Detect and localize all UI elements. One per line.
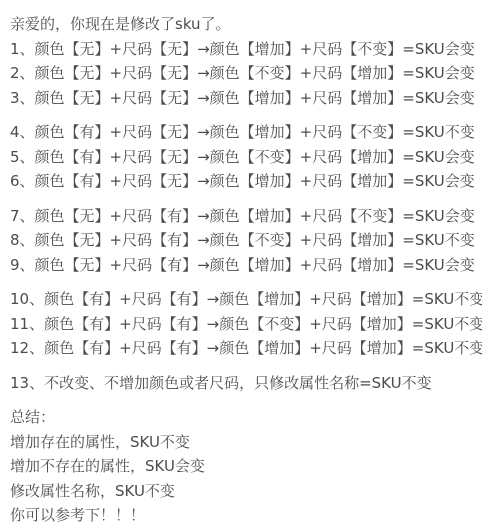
rules-group-5: 13、不改变、不增加颜色或者尺码，只修改属性名称=SKU不变 <box>10 371 476 396</box>
summary-point-2: 增加不存在的属性，SKU会变 <box>10 454 476 479</box>
summary-point-3: 修改属性名称，SKU不变 <box>10 479 476 504</box>
rules-group-2: 4、颜色【有】+尺码【无】→颜色【增加】+尺码【不变】=SKU不变 5、颜色【有… <box>10 120 476 194</box>
intro-title: 亲爱的，你现在是修改了sku了。 <box>10 12 476 37</box>
rule-line-13: 13、不改变、不增加颜色或者尺码，只修改属性名称=SKU不变 <box>10 371 476 396</box>
rule-line-4: 4、颜色【有】+尺码【无】→颜色【增加】+尺码【不变】=SKU不变 <box>10 120 476 145</box>
rule-line-8: 8、颜色【无】+尺码【有】→颜色【不变】+尺码【增加】=SKU不变 <box>10 228 476 253</box>
summary-point-1: 增加存在的属性，SKU不变 <box>10 430 476 455</box>
rule-line-6: 6、颜色【有】+尺码【无】→颜色【增加】+尺码【增加】=SKU会变 <box>10 169 476 194</box>
sku-change-notes: 亲爱的，你现在是修改了sku了。 1、颜色【无】+尺码【无】→颜色【增加】+尺码… <box>0 0 482 528</box>
rule-line-10: 10、颜色【有】+尺码【有】→颜色【增加】+尺码【增加】=SKU不变 <box>10 287 476 312</box>
rule-line-5: 5、颜色【有】+尺码【无】→颜色【不变】+尺码【增加】=SKU会变 <box>10 145 476 170</box>
rules-group-4: 10、颜色【有】+尺码【有】→颜色【增加】+尺码【增加】=SKU不变 11、颜色… <box>10 287 476 361</box>
rule-line-3: 3、颜色【无】+尺码【无】→颜色【增加】+尺码【增加】=SKU会变 <box>10 86 476 111</box>
summary-paragraph: 总结： 增加存在的属性，SKU不变 增加不存在的属性，SKU会变 修改属性名称，… <box>10 405 476 528</box>
rule-line-2: 2、颜色【无】+尺码【无】→颜色【不变】+尺码【增加】=SKU会变 <box>10 61 476 86</box>
rule-line-12: 12、颜色【有】+尺码【有】→颜色【增加】+尺码【增加】=SKU不变 <box>10 336 476 361</box>
summary-heading: 总结： <box>10 405 476 430</box>
summary-closing: 你可以参考下！！！ <box>10 503 476 528</box>
rule-line-7: 7、颜色【无】+尺码【有】→颜色【增加】+尺码【不变】=SKU会变 <box>10 204 476 229</box>
intro-paragraph: 亲爱的，你现在是修改了sku了。 1、颜色【无】+尺码【无】→颜色【增加】+尺码… <box>10 12 476 110</box>
rule-line-1: 1、颜色【无】+尺码【无】→颜色【增加】+尺码【不变】=SKU会变 <box>10 37 476 62</box>
rules-group-3: 7、颜色【无】+尺码【有】→颜色【增加】+尺码【不变】=SKU会变 8、颜色【无… <box>10 204 476 278</box>
rule-line-11: 11、颜色【有】+尺码【有】→颜色【不变】+尺码【增加】=SKU不变 <box>10 312 476 337</box>
rule-line-9: 9、颜色【无】+尺码【有】→颜色【增加】+尺码【增加】=SKU会变 <box>10 253 476 278</box>
